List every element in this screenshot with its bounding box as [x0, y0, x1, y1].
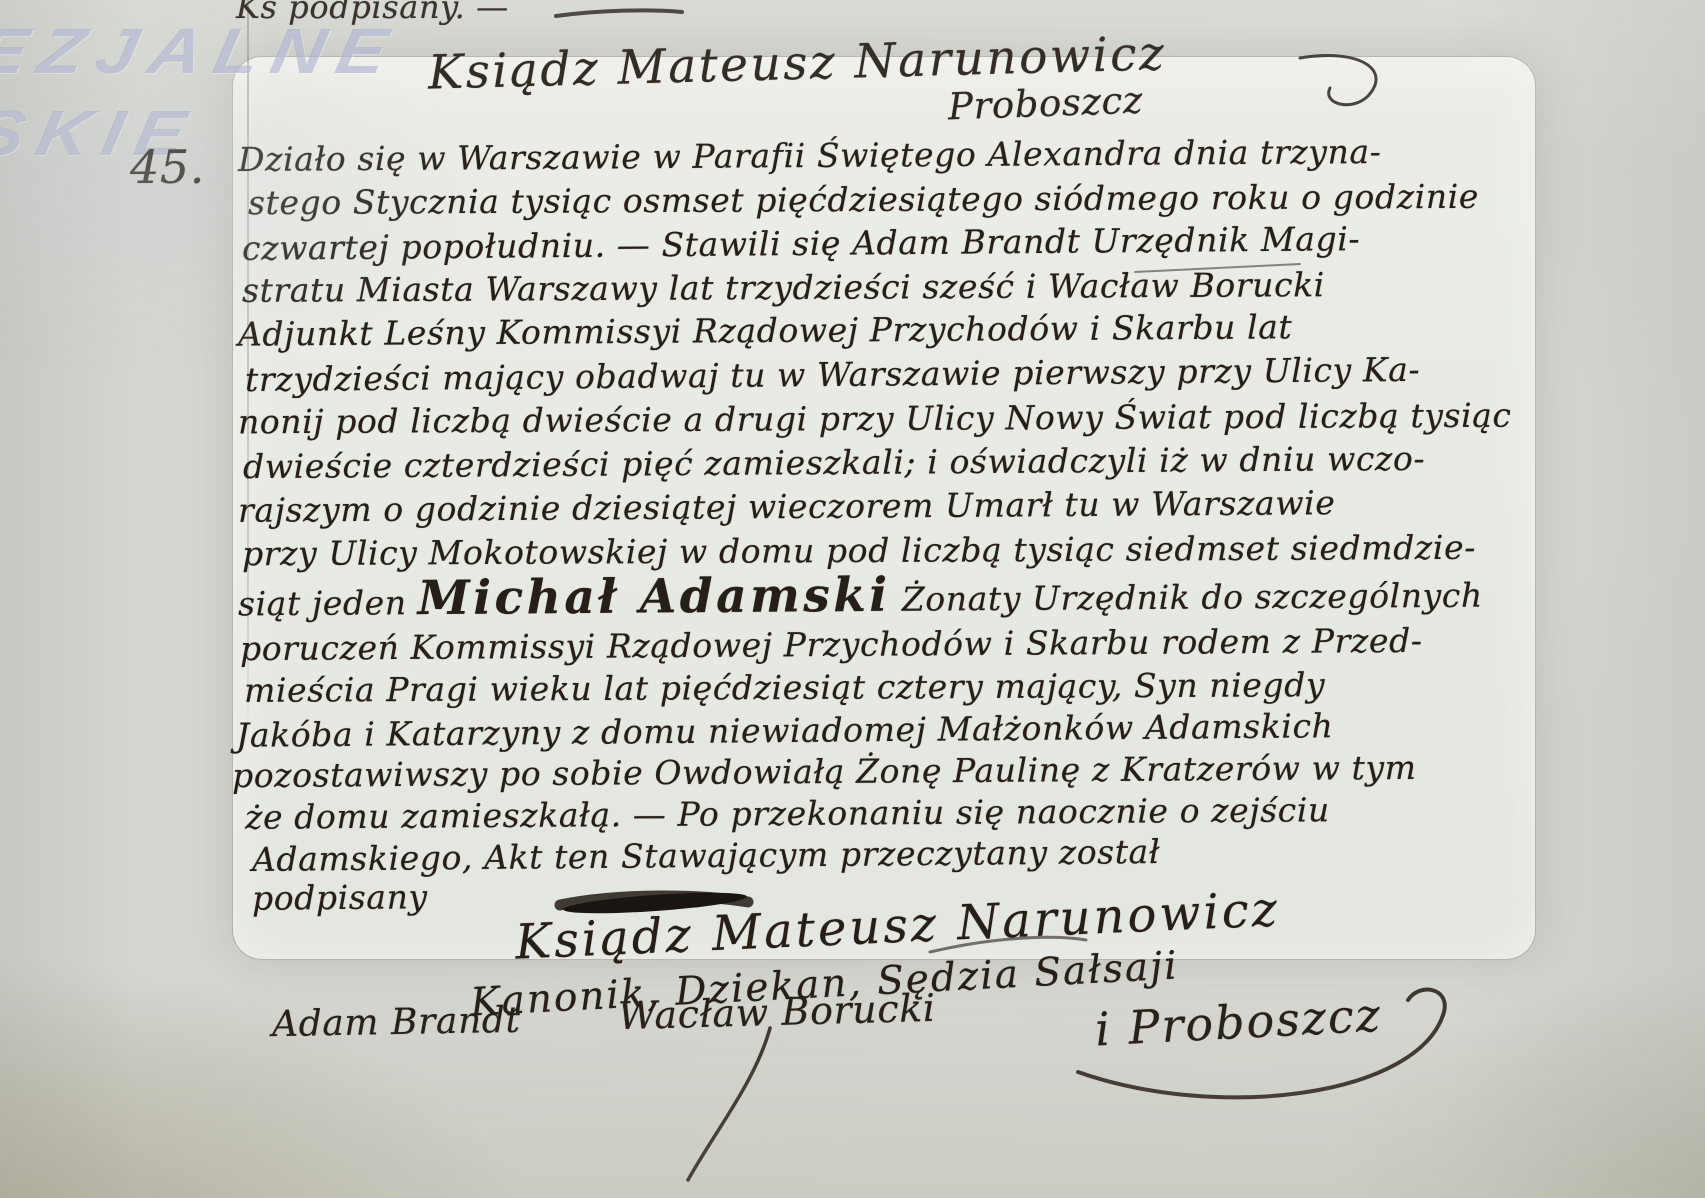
record-line: że domu zamieszkałą. — Po przekonaniu si…	[245, 790, 1330, 837]
record-line: pozostawiwszy po sobie Owdowiałą Żonę Pa…	[232, 748, 1417, 795]
witness1-signature: Adam Brandt	[272, 1000, 521, 1045]
scanned-death-record-page: EZJALNE SKIE Ks podpisany. — Ksiądz Mate…	[0, 0, 1705, 1198]
witness2-signature: Wacław Borucki	[617, 986, 936, 1038]
priest-role: i Proboszcz	[1094, 988, 1383, 1057]
top-fragment: Ks podpisany. —	[236, 0, 509, 26]
record-line: dwieście czterdzieści pięć zamieszkali; …	[243, 439, 1425, 486]
record-line: nonij pod liczbą dwieście a drugi przy U…	[238, 396, 1512, 442]
record-line: Adamskiego, Akt ten Stawającym przeczyta…	[252, 832, 1160, 879]
record-line: Adjunkt Leśny Kommissyi Rządowej Przycho…	[238, 307, 1293, 353]
record-line: mieścia Pragi wieku lat pięćdziesiąt czt…	[244, 665, 1325, 710]
record-line: stratu Miasta Warszawy lat trzydzieści s…	[242, 265, 1325, 310]
record-line: stego Stycznia tysiąc osmset pięćdziesią…	[248, 177, 1479, 222]
record-line: podpisany	[252, 877, 428, 918]
record-line-deceased: siąt jeden Michał Adamski Żonaty Urzędni…	[238, 564, 1483, 628]
record-line: rajszym o godzinie dziesiątej wieczorem …	[238, 483, 1336, 530]
record-number: 45.	[130, 140, 205, 194]
record-line-post: Żonaty Urzędnik do szczególnych	[891, 576, 1483, 619]
deceased-name: Michał Adamski	[418, 568, 891, 626]
top-priest-title: Proboszcz	[947, 79, 1143, 129]
record-line-pre: siąt jeden	[238, 583, 418, 623]
record-line: poruczeń Kommissyi Rządowej Przychodów i…	[240, 621, 1423, 668]
record-line: Działo się w Warszawie w Parafii Święteg…	[238, 132, 1382, 179]
